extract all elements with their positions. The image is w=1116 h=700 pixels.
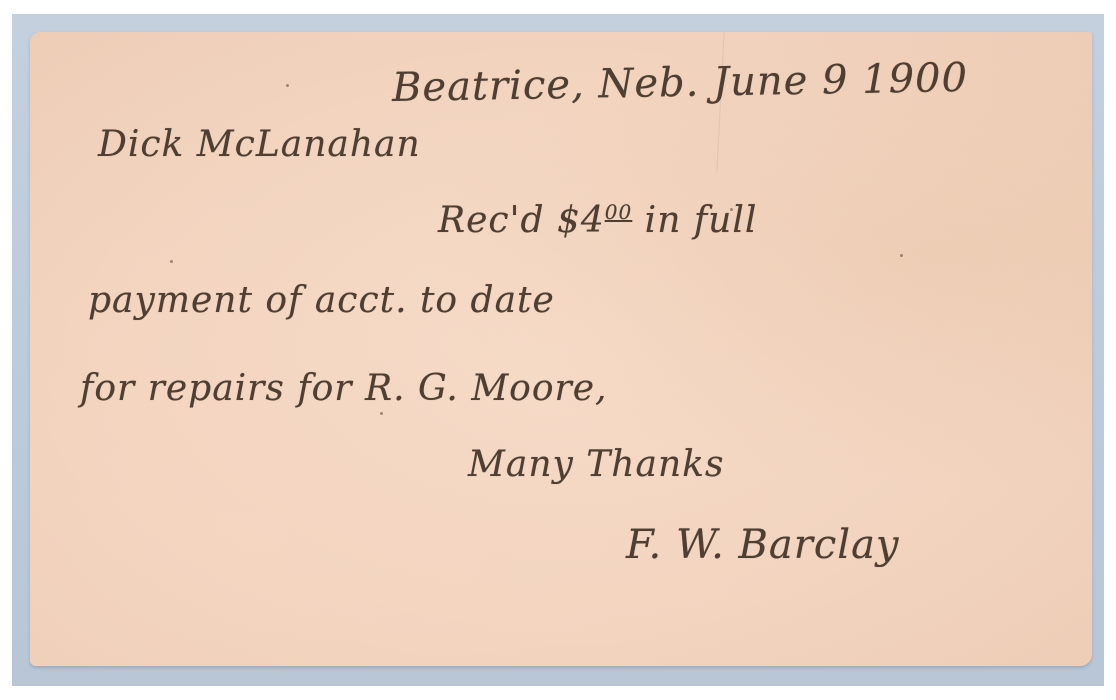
- body-line-1: Rec'd $400 in full: [438, 200, 757, 241]
- salutation: Dick McLanahan: [98, 124, 421, 165]
- paper-speck: [170, 260, 173, 263]
- body-line-3: for repairs for R. G. Moore,: [80, 368, 607, 409]
- closing: Many Thanks: [468, 444, 724, 485]
- amount-cents: 00: [605, 200, 632, 224]
- amount: $400: [557, 200, 632, 241]
- in-full-text: in full: [632, 200, 757, 241]
- received-text: Rec'd: [438, 200, 557, 241]
- paper-speck: [286, 84, 289, 87]
- place-date-heading: Beatrice, Neb. June 9 1900: [392, 55, 969, 111]
- paper-speck: [380, 412, 383, 415]
- body-line-2: payment of acct. to date: [88, 280, 555, 321]
- amount-dollars: $4: [557, 200, 605, 241]
- postcard: Beatrice, Neb. June 9 1900 Dick McLanaha…: [30, 32, 1092, 666]
- signature: F. W. Barclay: [626, 522, 900, 568]
- paper-speck: [900, 254, 903, 257]
